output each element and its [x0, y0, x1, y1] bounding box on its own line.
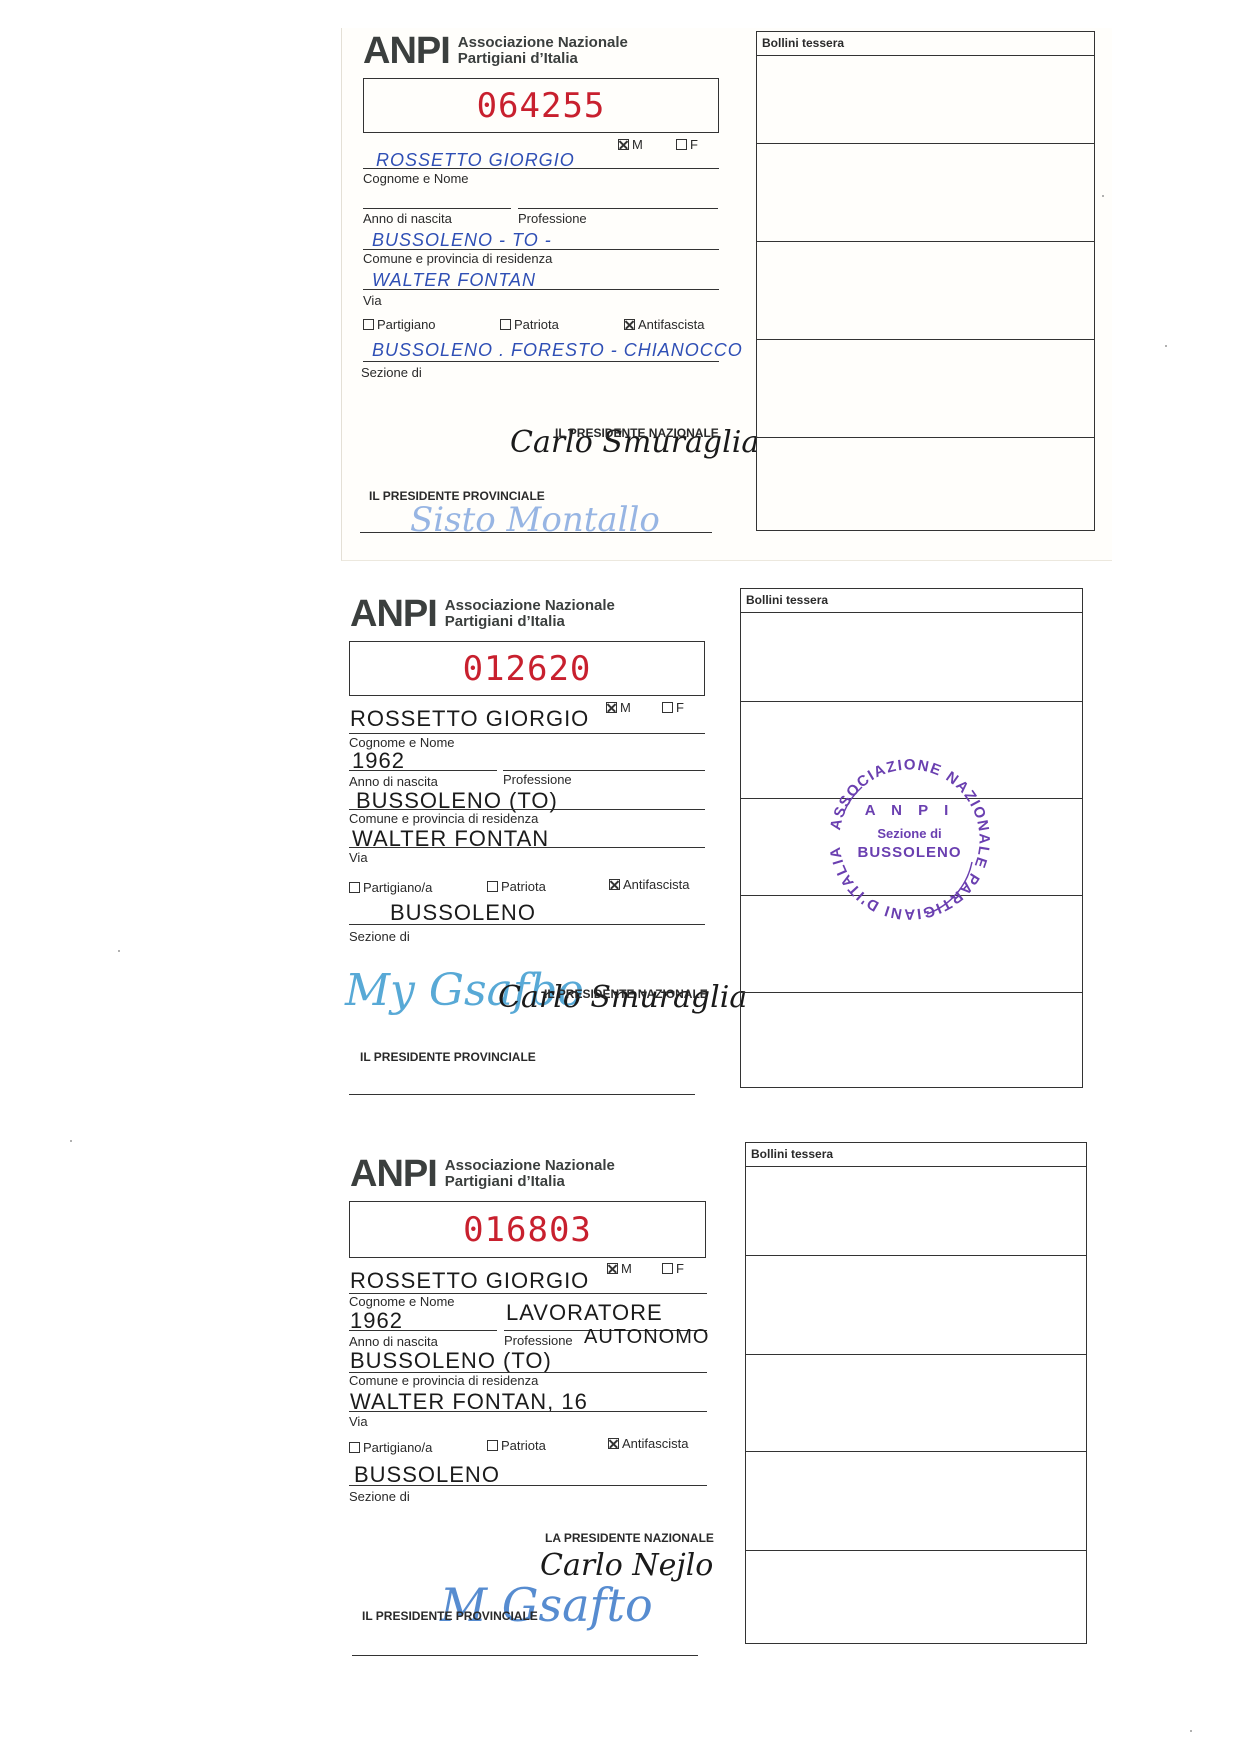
category-label: Partigiano/a — [363, 880, 432, 895]
card-2-logo: ANPI Associazione Nazionale Partigiani d… — [350, 595, 615, 633]
org-name: Associazione Nazionale Partigiani d’Ital… — [458, 35, 628, 67]
residence-line — [349, 809, 705, 810]
scan-speck — [1102, 195, 1104, 197]
checkbox-checked-icon — [624, 319, 635, 330]
category-patriota-checkbox[interactable]: Patriota — [487, 879, 546, 894]
gender-f-label: F — [676, 700, 684, 715]
national-president-title: IL PRESIDENTE NAZIONALE — [555, 426, 719, 440]
gender-f-checkbox[interactable]: F — [676, 137, 698, 152]
checkbox-empty-icon — [487, 1440, 498, 1451]
checkbox-empty-icon — [676, 139, 687, 150]
org-name-line1: Associazione Nazionale — [458, 34, 628, 51]
anpi-logo: ANPI — [350, 1155, 437, 1193]
checkbox-empty-icon — [363, 319, 374, 330]
section-line — [349, 1485, 707, 1486]
stamp-sezione: Sezione di — [822, 826, 997, 841]
provincial-signature-line — [349, 1094, 695, 1095]
section-label: Sezione di — [349, 1489, 410, 1504]
residence-value: BUSSOLENO (TO) — [350, 1348, 552, 1374]
provincial-president-title: IL PRESIDENTE PROVINCIALE — [362, 1609, 538, 1623]
scan-speck — [118, 950, 120, 952]
org-name-line2: Partigiani d’Italia — [445, 613, 565, 630]
bollini-slot — [757, 144, 1094, 242]
anpi-logo: ANPI — [363, 32, 450, 70]
category-label: Partigiano — [377, 317, 436, 332]
residence-value: BUSSOLENO - TO - — [372, 230, 552, 251]
category-partigiano-checkbox[interactable]: Partigiano/a — [349, 1440, 432, 1455]
card-number: 016803 — [463, 1210, 592, 1250]
bollini-slot — [741, 613, 1082, 702]
category-partigiano-checkbox[interactable]: Partigiano — [363, 317, 436, 332]
residence-label: Comune e provincia di residenza — [349, 811, 538, 826]
name-label: Cognome e Nome — [363, 171, 469, 186]
card-number-box: 064255 — [363, 78, 719, 133]
category-antifascista-checkbox[interactable]: Antifascista — [608, 1436, 688, 1451]
category-label: Antifascista — [638, 317, 704, 332]
gender-m-checkbox[interactable]: M — [606, 700, 631, 715]
national-president-title: IL PRESIDENTE NAZIONALE — [544, 987, 708, 1001]
gender-m-checkbox[interactable]: M — [618, 137, 643, 152]
profession-label: Professione — [504, 1333, 573, 1348]
residence-label: Comune e provincia di residenza — [349, 1373, 538, 1388]
checkbox-empty-icon — [500, 319, 511, 330]
provincial-president-title: IL PRESIDENTE PROVINCIALE — [360, 1050, 536, 1064]
bollini-title: Bollini tessera — [757, 32, 1094, 56]
birth-year-label: Anno di nascita — [349, 1334, 438, 1349]
category-label: Patriota — [501, 1438, 546, 1453]
gender-f-label: F — [676, 1261, 684, 1276]
checkbox-checked-icon — [608, 1438, 619, 1449]
birth-year-label: Anno di nascita — [363, 211, 452, 226]
street-value: WALTER FONTAN — [352, 826, 549, 852]
section-label: Sezione di — [349, 929, 410, 944]
national-president-title: LA PRESIDENTE NAZIONALE — [545, 1531, 714, 1545]
scan-speck — [1190, 1730, 1192, 1732]
checkbox-checked-icon — [606, 702, 617, 713]
residence-line — [363, 249, 719, 250]
birth-year-line — [349, 1330, 497, 1331]
card-number-box: 012620 — [349, 641, 705, 696]
profession-label: Professione — [518, 211, 587, 226]
street-label: Via — [349, 1414, 368, 1429]
org-name-line2: Partigiani d’Italia — [458, 50, 578, 67]
street-line — [349, 847, 705, 848]
section-label: Sezione di — [361, 365, 422, 380]
checkbox-empty-icon — [487, 881, 498, 892]
card-3-logo: ANPI Associazione Nazionale Partigiani d… — [350, 1155, 615, 1193]
profession-label: Professione — [503, 772, 572, 787]
bollini-slot — [757, 242, 1094, 340]
residence-label: Comune e provincia di residenza — [363, 251, 552, 266]
name-value: ROSSETTO GIORGIO — [350, 1268, 589, 1294]
gender-f-checkbox[interactable]: F — [662, 1261, 684, 1276]
category-patriota-checkbox[interactable]: Patriota — [500, 317, 559, 332]
category-antifascista-checkbox[interactable]: Antifascista — [624, 317, 704, 332]
gender-f-label: F — [690, 137, 698, 152]
checkbox-checked-icon — [618, 139, 629, 150]
gender-f-checkbox[interactable]: F — [662, 700, 684, 715]
bollini-slot — [746, 1256, 1086, 1355]
provincial-president-signature: Sisto Montallo — [410, 500, 660, 540]
gender-m-label: M — [632, 137, 643, 152]
section-line — [363, 361, 719, 362]
card-1-logo: ANPI Associazione Nazionale Partigiani d… — [363, 32, 628, 70]
org-name: Associazione Nazionale Partigiani d’Ital… — [445, 1158, 615, 1190]
name-label: Cognome e Nome — [349, 1294, 455, 1309]
checkbox-empty-icon — [662, 1263, 673, 1274]
provincial-signature-line — [352, 1655, 698, 1656]
org-name-line2: Partigiani d’Italia — [445, 1173, 565, 1190]
street-value: WALTER FONTAN — [372, 270, 536, 291]
birth-year-line — [349, 770, 497, 771]
section-value: BUSSOLENO . FORESTO - CHIANOCCO — [372, 340, 743, 361]
gender-m-label: M — [620, 700, 631, 715]
bollini-slot — [746, 1551, 1086, 1642]
provincial-signature-line — [360, 532, 712, 533]
profession-line — [518, 208, 718, 209]
checkbox-empty-icon — [349, 882, 360, 893]
checkbox-empty-icon — [349, 1442, 360, 1453]
bollini-tessera-box: Bollini tessera — [756, 31, 1095, 531]
org-name: Associazione Nazionale Partigiani d’Ital… — [445, 598, 615, 630]
street-line — [349, 1411, 707, 1412]
profession-line — [503, 770, 705, 771]
bollini-title: Bollini tessera — [741, 589, 1082, 613]
category-partigiano-checkbox[interactable]: Partigiano/a — [349, 880, 432, 895]
name-line — [363, 168, 719, 169]
anpi-logo: ANPI — [350, 595, 437, 633]
street-label: Via — [349, 850, 368, 865]
checkbox-checked-icon — [609, 879, 620, 890]
category-antifascista-checkbox[interactable]: Antifascista — [609, 877, 689, 892]
provincial-president-signature: M Gsafto — [440, 1578, 653, 1632]
stamp-anpi: A N P I — [822, 802, 997, 819]
name-value: ROSSETTO GIORGIO — [350, 706, 589, 732]
bollini-slot — [746, 1452, 1086, 1551]
street-line — [363, 289, 719, 290]
bollini-slot — [746, 1355, 1086, 1452]
birth-year-label: Anno di nascita — [349, 774, 438, 789]
gender-m-label: M — [621, 1261, 632, 1276]
card-number: 012620 — [463, 649, 592, 689]
bollini-tessera-box: Bollini tessera — [745, 1142, 1087, 1644]
scan-speck — [1165, 345, 1167, 347]
category-label: Partigiano/a — [363, 1440, 432, 1455]
section-line — [349, 924, 705, 925]
stamp-bussoleno: BUSSOLENO — [822, 844, 997, 861]
bollini-slot — [746, 1167, 1086, 1256]
bollini-slot — [757, 56, 1094, 144]
card-number: 064255 — [477, 86, 606, 126]
bollini-title: Bollini tessera — [746, 1143, 1086, 1167]
bollini-slot — [741, 993, 1082, 1086]
category-label: Antifascista — [623, 877, 689, 892]
category-patriota-checkbox[interactable]: Patriota — [487, 1438, 546, 1453]
bollini-slot — [757, 438, 1094, 530]
category-label: Antifascista — [622, 1436, 688, 1451]
name-line — [349, 733, 705, 734]
section-value: BUSSOLENO — [390, 900, 536, 926]
category-label: Patriota — [501, 879, 546, 894]
birth-year-line — [363, 208, 511, 209]
scan-speck — [70, 1140, 72, 1142]
org-name-line1: Associazione Nazionale — [445, 1157, 615, 1174]
street-label: Via — [363, 293, 382, 308]
gender-m-checkbox[interactable]: M — [607, 1261, 632, 1276]
org-name-line1: Associazione Nazionale — [445, 597, 615, 614]
bollini-slot — [757, 340, 1094, 438]
profession-value-line1: LAVORATORE — [506, 1300, 663, 1326]
profession-value: AUTONOMO — [584, 1326, 709, 1349]
checkbox-checked-icon — [607, 1263, 618, 1274]
category-label: Patriota — [514, 317, 559, 332]
card-number-box: 016803 — [349, 1201, 706, 1258]
anpi-section-stamp: ASSOCIAZIONE NAZIONALE PARTIGIANI D'ITAL… — [822, 752, 997, 927]
checkbox-empty-icon — [662, 702, 673, 713]
